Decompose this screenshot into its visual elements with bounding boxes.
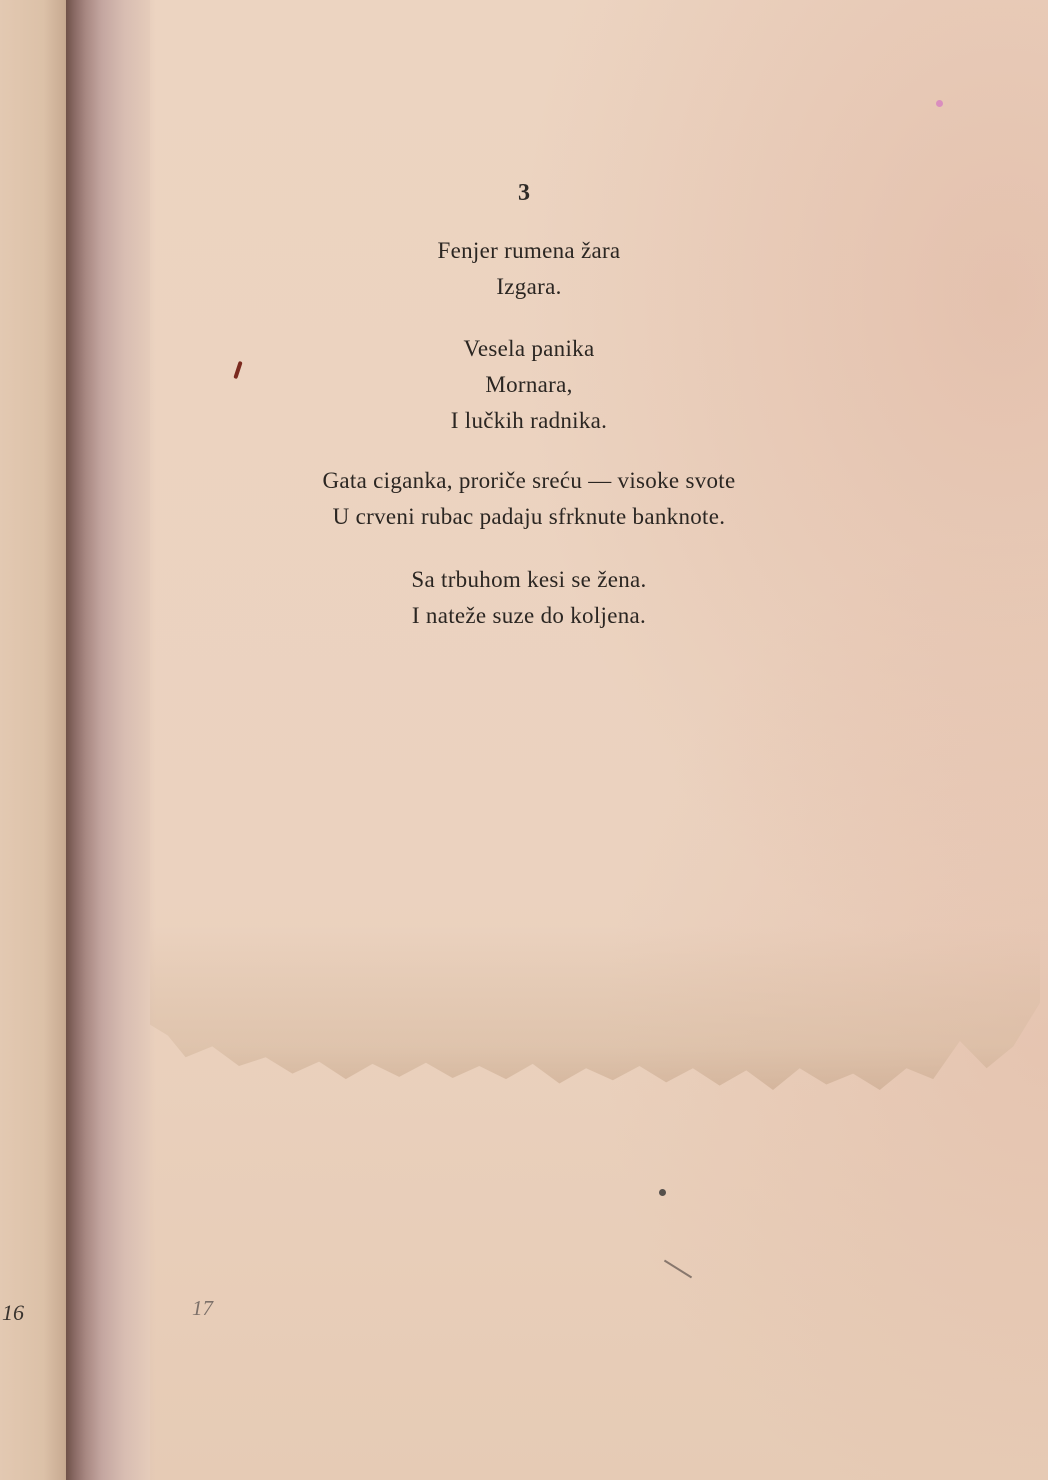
poem-line: Fenjer rumena žara bbox=[0, 233, 1048, 269]
poem-line: U crveni rubac padaju sfrknute banknote. bbox=[0, 499, 1048, 535]
stanza-4: Sa trbuhom kesi se žena. I nateže suze d… bbox=[0, 562, 1048, 634]
page-number-right: 17 bbox=[192, 1296, 213, 1321]
poem-line: I nateže suze do koljena. bbox=[0, 598, 1048, 634]
pink-speck bbox=[936, 100, 943, 107]
poem-line: I lučkih radnika. bbox=[0, 403, 1048, 439]
stanza-1: Fenjer rumena žara Izgara. bbox=[0, 233, 1048, 305]
paper-fiber-scratch bbox=[664, 1260, 692, 1279]
ink-speck bbox=[659, 1189, 666, 1196]
poem-number: 3 bbox=[0, 180, 1048, 207]
poem-line: Mornara, bbox=[0, 367, 1048, 403]
page-content: 3 Fenjer rumena žara Izgara. Vesela pani… bbox=[0, 0, 1048, 1480]
poem-line: Sa trbuhom kesi se žena. bbox=[0, 562, 1048, 598]
page-number-left: 16 bbox=[2, 1300, 24, 1326]
poem-line: Gata ciganka, proriče sreću — visoke svo… bbox=[0, 463, 1048, 499]
stanza-3: Gata ciganka, proriče sreću — visoke svo… bbox=[0, 463, 1048, 535]
poem-line: Izgara. bbox=[0, 269, 1048, 305]
stanza-2: Vesela panika Mornara, I lučkih radnika. bbox=[0, 331, 1048, 439]
poem-line: Vesela panika bbox=[0, 331, 1048, 367]
